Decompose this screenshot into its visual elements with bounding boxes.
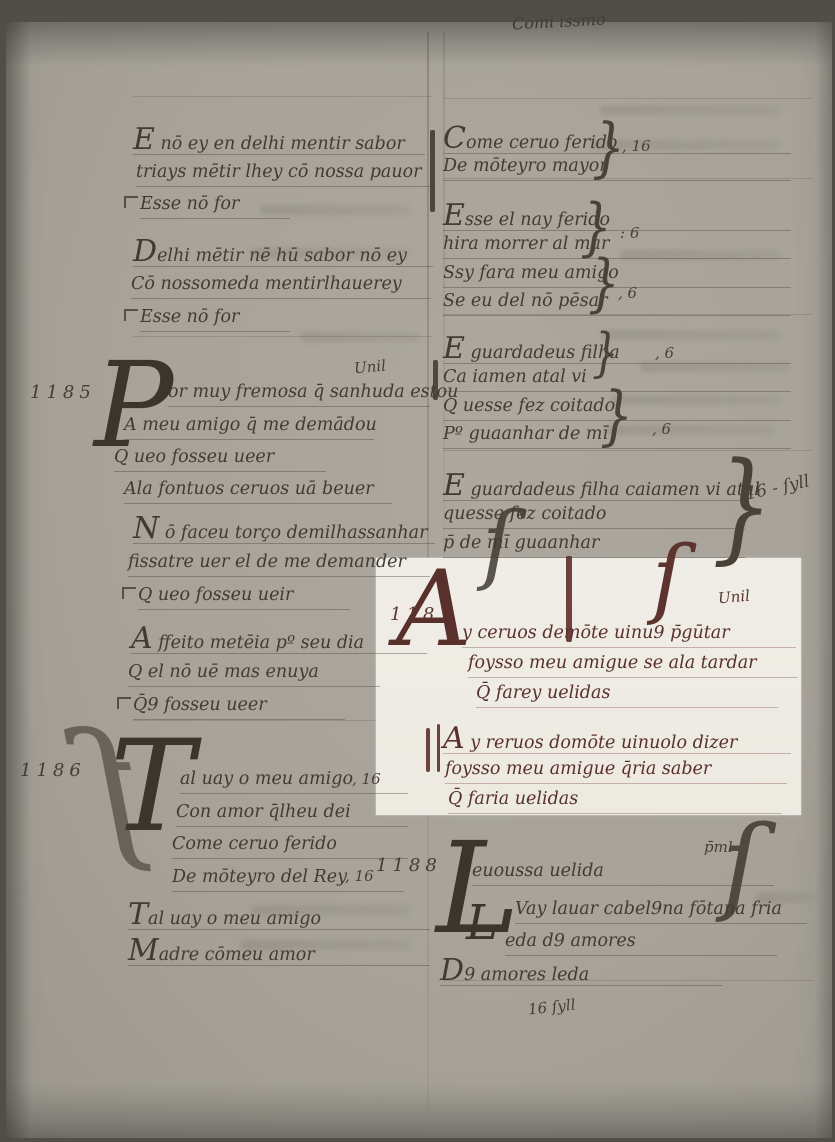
verse-line: Esse el nay ferido [443, 203, 791, 231]
verse-line: Madre cōmeu amor [128, 938, 430, 966]
syllable-mark: , 16 [345, 867, 374, 885]
ruled-line [133, 96, 433, 97]
syllable-mark: , 16 [352, 770, 381, 788]
colocci-note-unil: Unil [717, 587, 750, 608]
syllable-mark: : 6 [620, 224, 639, 242]
cantiga-number-1185: 1185 [30, 382, 96, 403]
flourish-stroke: ſ [482, 508, 514, 581]
verse-line: fissatre uer el de me demander [128, 549, 430, 577]
initial-capital: P [94, 352, 173, 458]
initial-capital: A [396, 562, 472, 657]
brace-mark: } [588, 252, 620, 315]
verse-line: Delhi mētir nē hū sabor nō ey [133, 239, 433, 267]
bleedthrough-mark [600, 105, 780, 115]
manuscript-page: Comi issmo E nō ey en delhi mentir sabor… [6, 22, 832, 1138]
pen-mark [437, 724, 440, 772]
verse-line: D9 amores leda [440, 958, 722, 986]
verse-line: Q ueo fosseu ueer [114, 444, 326, 472]
syllable-mark: , 6 [618, 284, 637, 302]
verse-line: triays mētir lhey cō nossa pauor [136, 159, 432, 187]
cantiga-number-1188: 1188 [376, 855, 442, 876]
verse-line: Come ceruo ferido [172, 831, 408, 859]
bleedthrough-mark [300, 332, 420, 342]
verse-line: N ō faceu torço demilhassanhar [133, 516, 435, 544]
colocci-note-pml: p̄ml [704, 838, 733, 856]
verse-line: A ffeito metēia pº seu dia [131, 626, 427, 654]
colocci-note-unil: Unil [353, 357, 386, 378]
pen-mark [430, 130, 435, 212]
verse-line: A meu amigo q̄ me demādou [124, 412, 374, 440]
verse-line: Tal uay o meu amigo [128, 902, 430, 930]
verse-line: eda d9 amores [505, 928, 777, 956]
initial-capital-mid: L [466, 902, 498, 945]
verse-line: A y reruos domōte uinuolo dizer [443, 726, 791, 754]
verse-line: foysso meu amigue q̄ria saber [445, 756, 787, 784]
verse-line: Q ueo fosseu ueir [138, 582, 350, 610]
verse-line: Q̄ farey uelidas [476, 680, 778, 708]
brace-mark: } [712, 446, 773, 566]
pen-mark [426, 728, 430, 772]
colocci-note-top: Comi issmo [512, 10, 606, 34]
brace-mark: } [592, 116, 625, 181]
pen-mark [433, 360, 438, 400]
verse-line: E nō ey en delhi mentir sabor [133, 127, 425, 155]
verse-line: Q el nō uē mas enuya [128, 659, 380, 687]
verse-line: y ceruos demōte uinu9 p̄gūtar [462, 620, 796, 648]
verse-line: Esse nō for [140, 191, 290, 219]
verse-line: Ala fontuos ceruos uā beuer [124, 476, 392, 504]
verse-line: Con amor q̄lheu dei [176, 799, 408, 827]
cantiga-number-1186: 1186 [20, 760, 86, 781]
flourish-stroke: ſ [86, 726, 142, 854]
colocci-note-syllables-bottom: 16 ſyll [527, 996, 576, 1019]
manuscript-scan: { "colors": { "page_bg": "#a7a39a", "ink… [0, 0, 835, 1142]
verse-line: foysso meu amigue se ala tardar [468, 650, 798, 678]
syllable-mark: , 16 [622, 137, 651, 155]
verse-line: Esse nō for [140, 304, 290, 332]
ruled-line [443, 98, 813, 99]
verse-line: or muy fremosa q̄ sanhuda estou [168, 379, 430, 407]
verse-line: euoussa uelida [472, 858, 774, 886]
syllable-mark: , 6 [652, 420, 671, 438]
verse-line: Vay lauar cabel9na fōtana fria [515, 896, 807, 924]
flourish-stroke: ſ [652, 542, 684, 615]
syllable-mark: , 6 [655, 344, 674, 362]
verse-line: Cō nossomeda mentirlhauerey [131, 271, 431, 299]
